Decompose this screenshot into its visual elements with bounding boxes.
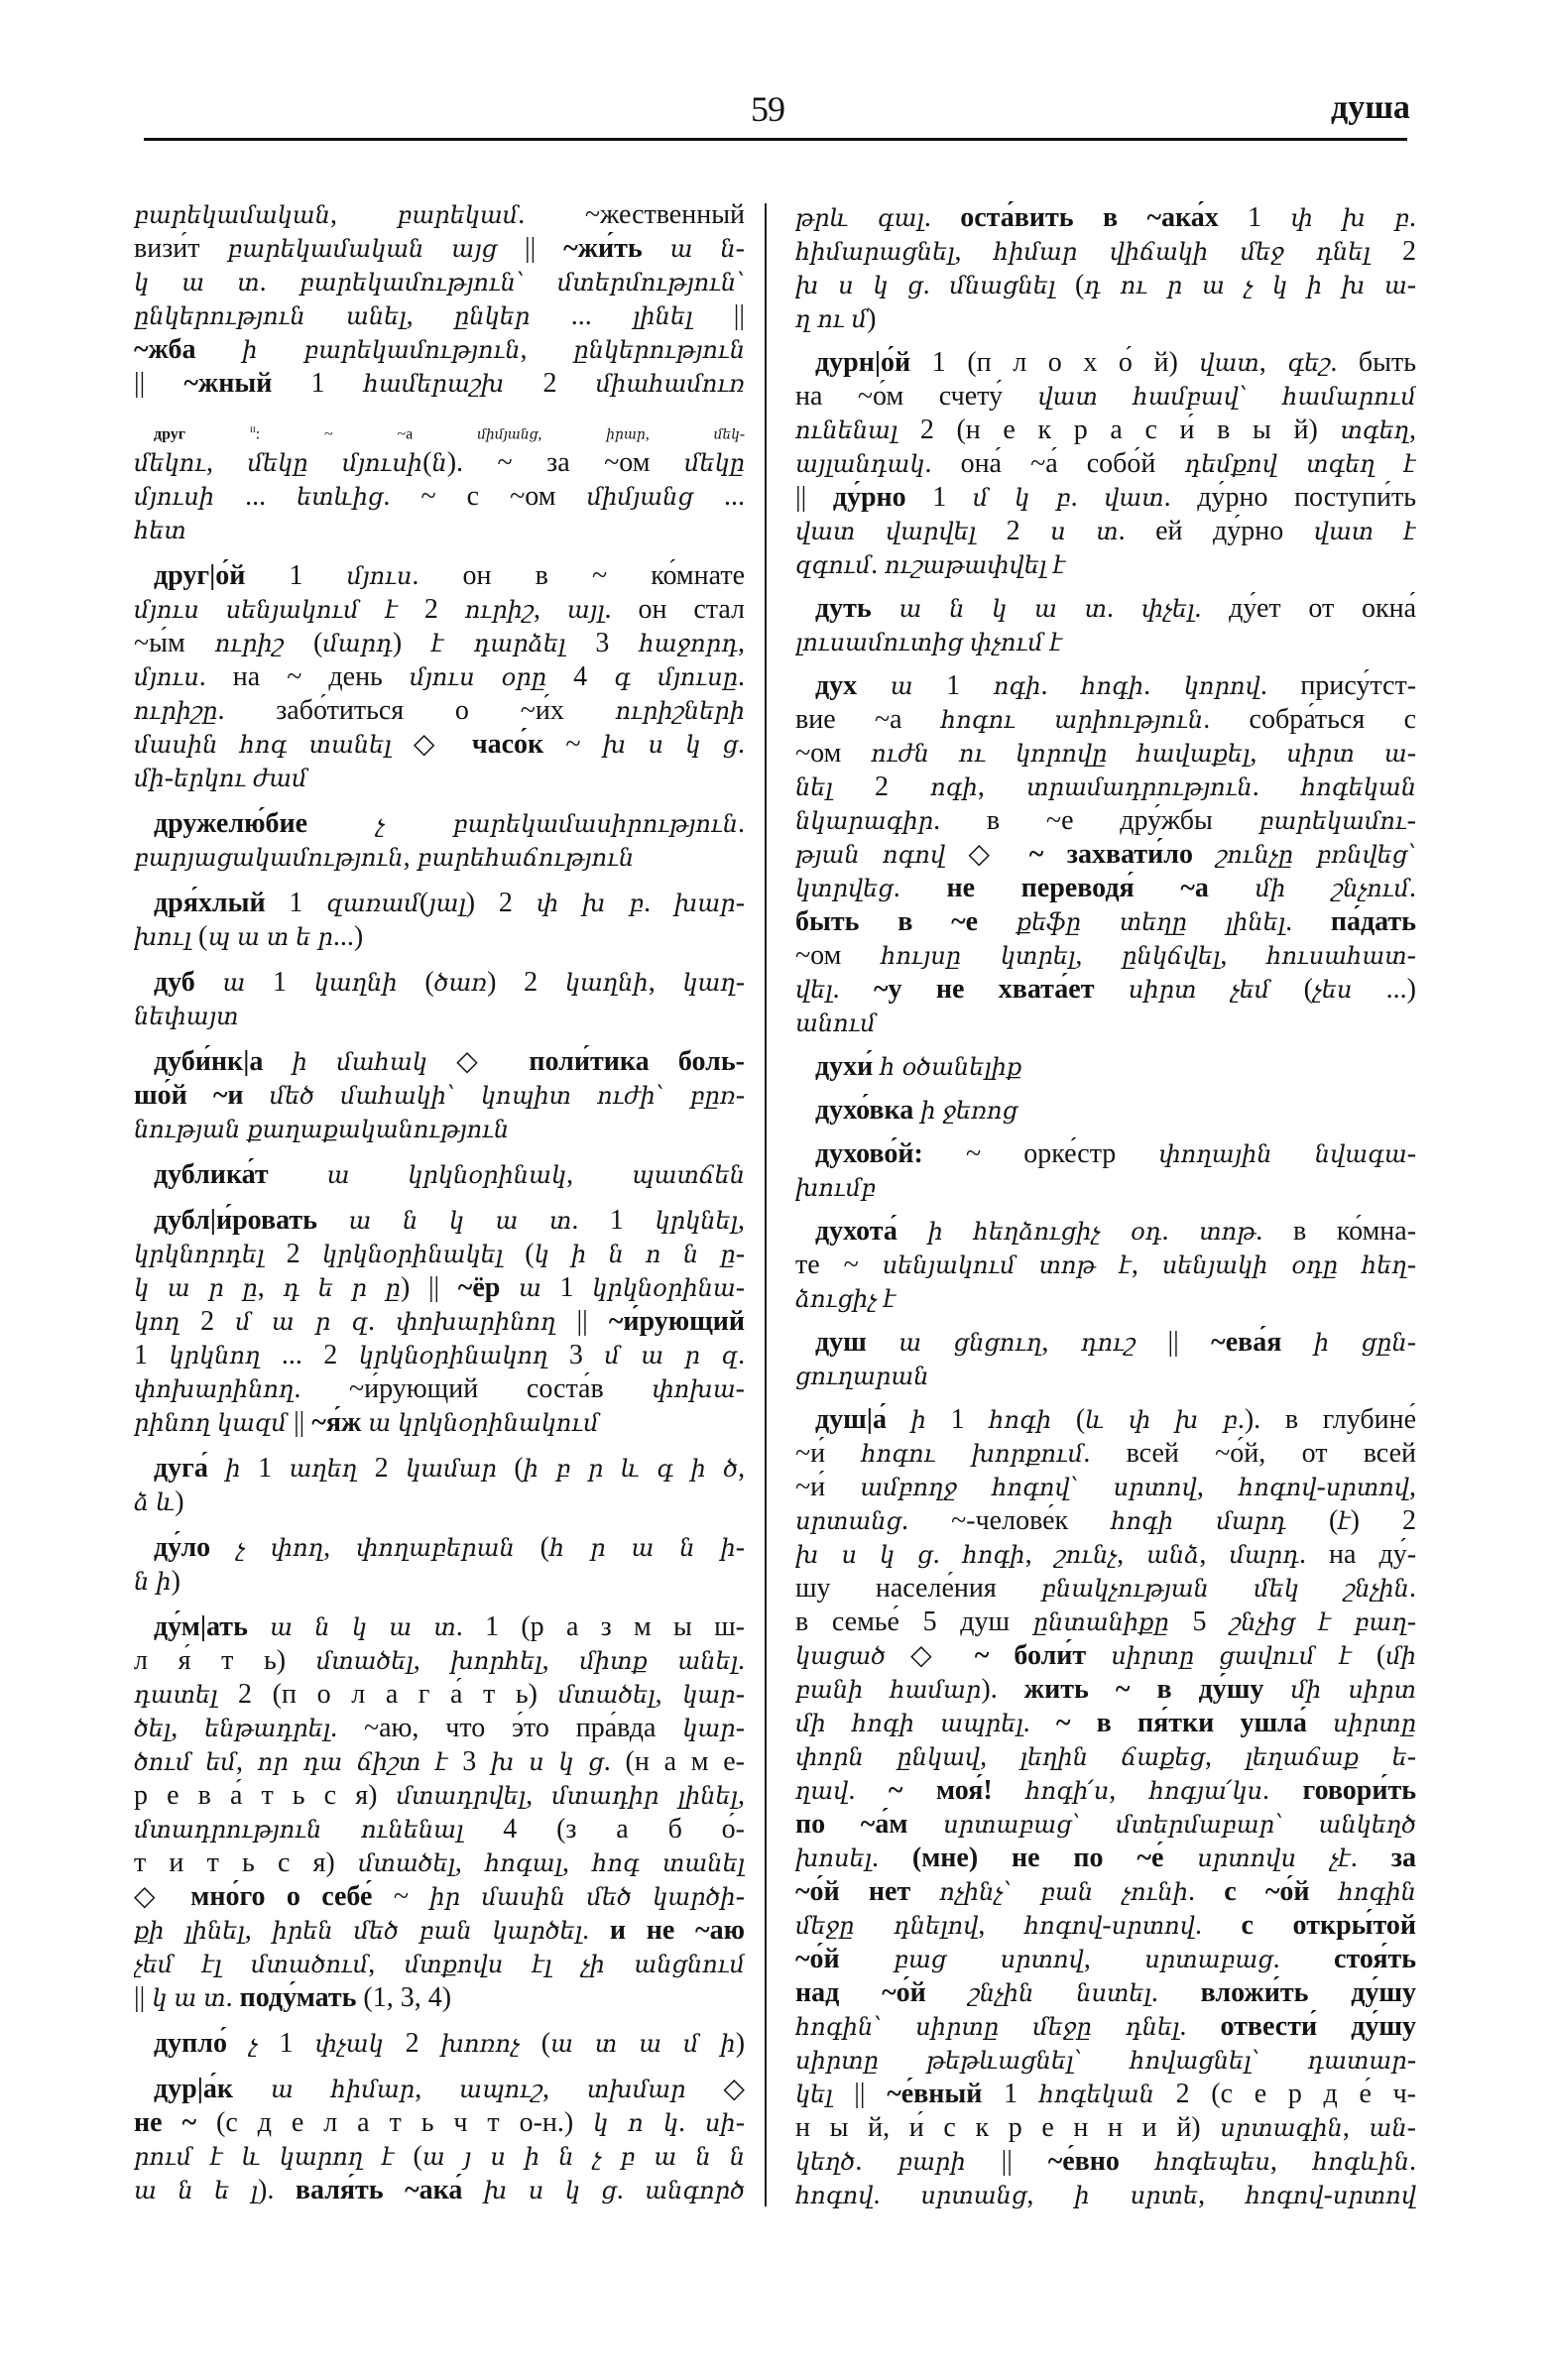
- russian-text: дур|а́к: [154, 2074, 233, 2104]
- russian-text: и не ~аю: [610, 1915, 745, 1946]
- russian-text: [964, 593, 992, 624]
- russian-text: [921, 593, 949, 624]
- dictionary-entry: дур|а́к ա հիմար, ապուշ, տխմար ◇не ~ (с д…: [134, 2073, 745, 2207]
- armenian-text: ամբողջ: [860, 1474, 957, 1501]
- bold-term: ~и́рующий: [609, 1306, 745, 1337]
- russian-text: [1313, 202, 1342, 233]
- russian-text: [936, 1095, 943, 1126]
- russian-text: [580, 2175, 601, 2205]
- russian-text: ,: [206, 447, 247, 478]
- armenian-text: անկեղծ: [1319, 1811, 1416, 1839]
- russian-text: ...): [1352, 974, 1416, 1005]
- russian-text: .: [1161, 1216, 1199, 1247]
- russian-text: [367, 1272, 386, 1303]
- armenian-text: ն: [134, 1568, 149, 1596]
- armenian-text: զգում: [795, 551, 871, 579]
- russian-text: .: [1143, 670, 1184, 701]
- russian-text: ,: [404, 842, 418, 873]
- entry-headword-line: ду́м|ать ա ն կ ա տ. 1 (р а з м ы ш-: [134, 1610, 745, 1644]
- armenian-text: ր: [588, 1455, 604, 1483]
- russian-text: 1: [272, 368, 363, 399]
- russian-text: шу населе́ния: [795, 1573, 1041, 1604]
- russian-text: [185, 426, 250, 443]
- russian-text: [988, 482, 1015, 513]
- entry-line: սրտանց. ~-челове́к հոգի մարդ (է) 2: [795, 1504, 1416, 1538]
- russian-text: [993, 1775, 1026, 1806]
- russian-text: [986, 738, 1016, 769]
- armenian-text: կար: [682, 1681, 735, 1709]
- armenian-text: խ: [484, 2177, 507, 2204]
- russian-text: .: [873, 2180, 920, 2210]
- armenian-text: նեփայտ: [134, 1003, 238, 1030]
- russian-text: ду́ло: [154, 1532, 210, 1563]
- russian-text: [1281, 1327, 1313, 1358]
- russian-text: [1208, 236, 1240, 267]
- russian-text: стоя́ть: [1334, 1944, 1416, 1974]
- armenian-text: է: [1404, 518, 1416, 545]
- armenian-text: ս: [529, 2177, 544, 2204]
- armenian-text: տանել: [662, 1849, 745, 1877]
- bold-term: духи́: [815, 1051, 873, 1082]
- entry-line: հետ: [134, 514, 745, 547]
- russian-text: . 1 (р а з м ы ш-: [456, 1611, 745, 1642]
- russian-text: [617, 2028, 639, 2059]
- entry-line: կտրվեց. не переводя́ ~а մի շնչում.: [795, 872, 1416, 905]
- russian-text: [1098, 381, 1134, 412]
- armenian-text: դ: [1084, 272, 1101, 299]
- russian-text: ,: [1205, 1741, 1246, 1772]
- armenian-text: ճաքեց: [1122, 1743, 1206, 1771]
- russian-text: .: [260, 267, 299, 297]
- armenian-text: տգեղ: [1306, 450, 1376, 478]
- armenian-text: փչել: [1141, 595, 1195, 623]
- russian-text: дружелю́бие: [154, 808, 307, 839]
- russian-text: [385, 808, 453, 839]
- armenian-text: սիրտը: [915, 2013, 999, 2041]
- armenian-text: կ: [685, 731, 700, 759]
- armenian-text: րինող: [134, 1409, 210, 1437]
- armenian-text: դարձել: [474, 630, 566, 657]
- armenian-text: չ: [376, 810, 385, 838]
- armenian-text: տ: [1096, 518, 1118, 545]
- russian-text: [1267, 1249, 1291, 1280]
- russian-text: жить ~ в ду́шу: [1024, 1674, 1264, 1705]
- russian-text: 1: [1219, 202, 1291, 233]
- armenian-text: սրտե: [1131, 2182, 1199, 2209]
- armenian-text: սենյակի: [1162, 1251, 1268, 1279]
- russian-text: [503, 1949, 532, 1979]
- entry-line: ուրիշը. забо́титься о ~и́х ուրիշների: [134, 694, 745, 728]
- armenian-text: բնակչության: [1041, 1575, 1209, 1603]
- russian-text: [943, 1216, 974, 1247]
- russian-text: [926, 1977, 969, 2008]
- russian-text: (: [1286, 1505, 1338, 1536]
- entry-line: ծել, ենթադրել. ~аю, что э́то пра́вда կար…: [134, 1712, 745, 1745]
- russian-text: духово́й:: [815, 1138, 923, 1169]
- russian-text: [269, 1159, 327, 1190]
- russian-text: .: [738, 808, 745, 839]
- russian-text: .: [1253, 772, 1301, 802]
- russian-text: [914, 1708, 940, 1738]
- russian-text: [1225, 270, 1245, 300]
- russian-text: 2: [179, 1306, 235, 1337]
- armenian-text: վատ: [1104, 484, 1163, 512]
- entry-line: բարեկամական, բարեկամ. ~жественный: [134, 198, 745, 232]
- armenian-text: ր: [1167, 272, 1183, 299]
- armenian-text: կ: [134, 269, 149, 297]
- russian-text: [544, 1746, 559, 1777]
- russian-text: .: [1262, 1775, 1303, 1806]
- armenian-text: մ: [604, 1342, 620, 1369]
- armenian-text: բան: [1040, 1878, 1093, 1906]
- entry-headword-line: друг II: ~ ~а միմյանց, իրար, մեկ-: [134, 413, 745, 446]
- armenian-text: կրկնել: [656, 1207, 739, 1235]
- russian-text: ,: [1117, 1539, 1146, 1570]
- russian-text: [999, 2011, 1032, 2042]
- entry-line: քի լինել, իրեն մեծ բան կարծել. и не ~аю: [134, 1914, 745, 1948]
- armenian-text: երկու: [174, 765, 246, 792]
- russian-text: (: [398, 967, 434, 998]
- russian-text: [317, 1205, 349, 1236]
- armenian-text: կել: [795, 2081, 833, 2108]
- russian-text: [193, 2175, 214, 2205]
- armenian-text: տ: [267, 923, 289, 951]
- entry-line: լուսամուտից փչում է: [795, 626, 1416, 659]
- russian-text: (: [1051, 1404, 1085, 1435]
- russian-text: (: [497, 1453, 524, 1484]
- russian-text: ,: [738, 1780, 745, 1811]
- russian-text: [620, 1340, 641, 1370]
- russian-text: ~е́вно: [1048, 2146, 1120, 2177]
- armenian-text: ընկերություն: [134, 302, 305, 330]
- armenian-text: վել: [795, 976, 833, 1004]
- dictionary-entry: друг|о́й 1 մյուս. он в ~ ко́мнатеմյուս ս…: [134, 559, 745, 795]
- armenian-text: փողաբերան: [356, 1534, 515, 1562]
- russian-text: ): [172, 1566, 180, 1597]
- russian-text: ~у не хвата́ет: [874, 974, 1094, 1005]
- entry-line: ~о́й нет ոչինչ՝ բան չունի. с ~о́й հոգին: [795, 1875, 1416, 1909]
- bold-term: друг: [154, 426, 185, 443]
- armenian-text: խ: [491, 1748, 514, 1776]
- russian-text: [227, 2028, 249, 2059]
- armenian-text: լեղաճաք: [1246, 1743, 1360, 1771]
- russian-text: [695, 1532, 721, 1563]
- russian-text: 1: [913, 670, 994, 701]
- russian-text: -: [1407, 2045, 1416, 2076]
- armenian-text: ն: [403, 1207, 418, 1235]
- armenian-text: խ: [582, 890, 605, 917]
- russian-text: (1, 3, 4): [356, 1982, 451, 2013]
- russian-text: л я́ т ь): [134, 1645, 316, 1676]
- russian-text: [855, 516, 886, 546]
- russian-text: ||: [795, 482, 833, 513]
- russian-text: ): [175, 1487, 183, 1517]
- entry-line: վել. ~у не хвата́ет սիրտ չեմ (չես ...): [795, 973, 1416, 1007]
- russian-text: [1163, 1843, 1197, 1873]
- armenian-text: կ: [535, 1241, 549, 1268]
- russian-text: (: [1055, 270, 1084, 300]
- russian-text: ~ом: [795, 940, 881, 971]
- armenian-text: լեղին: [1020, 1743, 1088, 1771]
- bold-term: дря́хлый: [154, 888, 266, 918]
- armenian-text: ն: [178, 2177, 192, 2204]
- bold-term: дупло́: [154, 2028, 227, 2059]
- russian-text: [1088, 1741, 1122, 1772]
- armenian-text: ն: [314, 1613, 329, 1641]
- armenian-text: և: [156, 1488, 175, 1516]
- russian-text: (: [520, 2028, 550, 2059]
- russian-text: [307, 1046, 336, 1077]
- russian-text: ,: [455, 1847, 485, 1878]
- russian-text: [1016, 704, 1054, 735]
- armenian-text: ա: [389, 1613, 412, 1641]
- armenian-text: բռնվեց՝: [1316, 841, 1416, 869]
- russian-text: -: [736, 233, 745, 264]
- armenian-text: այլանդակ: [795, 450, 924, 478]
- russian-text: . ду́ет от окна́: [1194, 593, 1416, 624]
- dictionary-entry: духота́ ի հեղձուցիչ օդ. տոթ. в ко́мна-те…: [795, 1215, 1416, 1316]
- russian-text: ~и́: [795, 1438, 861, 1469]
- russian-text: 1: [245, 967, 313, 998]
- armenian-text: որ: [258, 1748, 289, 1776]
- russian-text: оста́вить в ~ака́х: [960, 202, 1219, 233]
- russian-text: -: [1407, 1138, 1416, 1169]
- armenian-text: բ: [556, 1455, 571, 1483]
- entry-line: л я́ т ь) մտածել, խորհել, միտք անել.: [134, 1644, 745, 1678]
- dictionary-entry: ду́м|ать ա ն կ ա տ. 1 (р а з м ы ш-л я́ …: [134, 1610, 745, 2015]
- bold-term: быть в ~е: [795, 906, 978, 937]
- bold-term: поли́тика боль-: [529, 1046, 745, 1077]
- russian-text: ,: [415, 2074, 459, 2104]
- armenian-text: ա: [1384, 272, 1407, 299]
- armenian-text: ն: [608, 1241, 623, 1268]
- entry-line: || ~жный 1 համերաշխ 2 միահամուռ: [134, 367, 745, 401]
- armenian-text: ուրիշ: [465, 596, 534, 624]
- bold-term: ~ в пя́тки ушла́: [1056, 1708, 1307, 1738]
- armenian-text: ն: [558, 2143, 573, 2171]
- armenian-text: ս: [529, 1748, 544, 1776]
- entry-headword-line: ду́ло չ փող, փողաբերան (հ ր ա ն ի-: [134, 1531, 745, 1565]
- armenian-text: կ: [992, 595, 1007, 623]
- entry-line: ցուղարան: [795, 1360, 1416, 1393]
- armenian-text: հոգեկան: [1301, 773, 1416, 801]
- armenian-text: մեջ: [1241, 238, 1284, 266]
- russian-text: ~ орке́стр: [923, 1138, 1159, 1169]
- russian-text: [605, 888, 629, 918]
- armenian-text: ս: [841, 1541, 857, 1569]
- entry-line: մյուս. на ~ день մյուս օրը 4 գ մյուսը.: [134, 660, 745, 694]
- entry-line: шо́й ~и մեծ մահակի՝ կոպիտ ուժի՝ բըռ-: [134, 1079, 745, 1113]
- armenian-text: օրը: [502, 663, 547, 691]
- armenian-text: գալ: [878, 204, 924, 232]
- armenian-text: միտք: [579, 1647, 647, 1675]
- armenian-text: կ: [134, 1274, 149, 1302]
- russian-text: .: [1409, 1573, 1416, 1604]
- running-head: душа: [1331, 91, 1410, 125]
- armenian-text: մասին: [482, 1883, 565, 1911]
- armenian-text: լինել: [1226, 908, 1285, 936]
- entry-headword-line: дружелю́бие չ բարեկամասիրություն.: [134, 807, 745, 841]
- dictionary-page: 59 душа բարեկամական, բարեկամ. ~жественны…: [0, 0, 1555, 2380]
- armenian-text: տգեղ: [1340, 416, 1409, 444]
- armenian-text: ա: [1034, 595, 1057, 623]
- bold-term: по ~а́м: [795, 1809, 907, 1840]
- russian-text: .: [872, 1843, 912, 1873]
- bold-term: ~о́й: [795, 1944, 840, 1974]
- russian-text: .: [1285, 906, 1331, 937]
- russian-text: [1366, 202, 1394, 233]
- entry-line: ~ом հույսը կտրել, ընկճվել, հուսահատ-: [795, 939, 1416, 973]
- armenian-text: ա: [641, 1342, 663, 1369]
- armenian-text: ուրիշը: [134, 697, 217, 725]
- russian-text: -: [1407, 940, 1416, 971]
- dictionary-entry: дупло́ չ 1 փչակ 2 խոռոչ (ա տ ա մ ի): [134, 2027, 745, 2061]
- russian-text: 2: [357, 1453, 406, 1484]
- russian-text: [1090, 2180, 1131, 2210]
- entry-line: րինող կազմ || ~я́ж ա կրկնօրինակում: [134, 1406, 745, 1440]
- armenian-text: ր: [590, 1534, 606, 1562]
- armenian-text: ծում: [134, 1748, 191, 1776]
- russian-text: [978, 906, 1017, 937]
- russian-text: [1310, 1876, 1339, 1907]
- armenian-text: ունենալ: [795, 416, 897, 444]
- entry-headword-line: духота́ ի հեղձուցիչ օդ. տոթ. в ко́мна-: [795, 1215, 1416, 1249]
- russian-text: вие ~а: [795, 704, 941, 735]
- russian-text: [204, 267, 237, 297]
- russian-text: дух: [815, 670, 857, 701]
- armenian-text: նվագա: [1315, 1140, 1407, 1168]
- russian-text: [1107, 738, 1136, 769]
- armenian-text: անցնում: [634, 1951, 745, 1978]
- russian-text: [1078, 1472, 1113, 1502]
- russian-text: [418, 1205, 449, 1236]
- armenian-text: ա: [272, 1308, 295, 1336]
- armenian-text: մահակի՝: [340, 1082, 455, 1110]
- entry-headword-line: друг|о́й 1 մյուս. он в ~ ко́мнате: [134, 559, 745, 593]
- armenian-text: սրտով: [1333, 2182, 1416, 2209]
- russian-text: ) ||: [401, 1272, 458, 1303]
- armenian-text: կրկնող: [169, 1342, 260, 1369]
- armenian-text: մնացնել: [949, 272, 1055, 299]
- armenian-text: ն: [695, 2143, 710, 2171]
- entry-line: բանի համար). жить ~ в ду́шу մի սիրտ: [795, 1673, 1416, 1707]
- entry-line: н ы й, и́ с к р е н н и й) սրտագին, ան-: [795, 2111, 1416, 2145]
- armenian-text: կրկնորդել: [134, 1241, 264, 1268]
- armenian-text: դեմքով: [1185, 450, 1277, 478]
- russian-text: ◇: [886, 1640, 975, 1671]
- armenian-text: բարեկամ: [397, 201, 518, 229]
- russian-text: [1150, 1404, 1175, 1435]
- russian-text: [230, 921, 237, 952]
- russian-text: [1082, 2045, 1130, 2076]
- armenian-text: է: [382, 2143, 394, 2171]
- russian-text: душ: [815, 1327, 867, 1358]
- armenian-text: արիություն: [1054, 706, 1203, 734]
- armenian-text: դա: [303, 1748, 343, 1776]
- armenian-text: շունչը: [1216, 841, 1293, 869]
- bold-term: ~о́й нет: [795, 1876, 910, 1907]
- russian-text: 2: [504, 368, 595, 399]
- russian-text: ~: [372, 1881, 429, 1912]
- russian-text: ◇: [392, 729, 472, 760]
- armenian-text: ոգի: [930, 773, 978, 801]
- russian-text: . он стал: [605, 594, 745, 625]
- armenian-text: ի: [920, 1097, 935, 1125]
- armenian-text: ի: [720, 2030, 735, 2058]
- armenian-text: ընկավ: [897, 1743, 980, 1771]
- russian-text: [872, 593, 899, 624]
- russian-text: 1: [258, 2028, 315, 2059]
- russian-text: 2: [384, 2028, 441, 2059]
- russian-text: шо́й ~и: [134, 1080, 244, 1111]
- bold-term: друг|о́й: [154, 560, 245, 591]
- russian-text: -: [1407, 2112, 1416, 2143]
- armenian-text: խոսել: [795, 1844, 872, 1872]
- russian-text: часо́к: [472, 729, 543, 760]
- russian-text: [1100, 1216, 1131, 1247]
- russian-text: [1196, 974, 1230, 1005]
- russian-text: [888, 270, 907, 300]
- russian-text: [854, 270, 874, 300]
- armenian-text: կ: [352, 1613, 367, 1641]
- russian-text: ,: [542, 2074, 587, 2104]
- entry-line: 1 կրկնող ... 2 կրկնօրինակող 3 մ ա ր զ.: [134, 1339, 745, 1372]
- russian-text: .: [848, 1775, 889, 1806]
- armenian-text: պատճեն: [632, 1161, 745, 1189]
- russian-text: .: [617, 2175, 645, 2205]
- armenian-text: նստել: [1076, 1979, 1151, 2007]
- armenian-text: կ: [1015, 484, 1029, 512]
- russian-text: ,: [407, 300, 454, 331]
- russian-text: 2: [976, 516, 1050, 546]
- armenian-text: բարեկամասիրություն: [453, 810, 738, 838]
- armenian-text: ի: [524, 1455, 538, 1483]
- entry-line: խ ս կ ց. մնացնել (դ ու ր ա չ կ ի խ ա-: [795, 269, 1416, 302]
- russian-text: ). ~ за ~ом: [447, 447, 684, 478]
- russian-text: ду́м|ать: [154, 1611, 248, 1642]
- bold-term: ~е́вно: [1048, 2146, 1120, 2177]
- russian-text: ◇: [686, 2074, 745, 2104]
- bold-term: ~ёр: [458, 1272, 501, 1303]
- armenian-text: բ: [620, 2143, 635, 2171]
- entry-line: փոխարինող. ~и́рующий соста́в փոխա-: [134, 1372, 745, 1406]
- armenian-text: օդ: [1131, 1218, 1161, 1246]
- armenian-text: հոգով: [795, 2182, 873, 2209]
- russian-text: [573, 2028, 595, 2059]
- armenian-text: չի: [581, 1951, 605, 1978]
- entry-line: по ~а́м սրտաբաց՝ մտերմաբար՝ անկեղծ: [795, 1808, 1416, 1842]
- bold-term: ~ боли́т: [975, 1640, 1086, 1671]
- armenian-text: կ: [663, 2109, 678, 2137]
- armenian-text: հոգեպես: [1155, 2148, 1270, 2176]
- russian-text: [460, 1881, 481, 1912]
- russian-text: [826, 1708, 852, 1738]
- armenian-text: ն: [720, 235, 735, 263]
- armenian-text: ժամ: [253, 765, 307, 792]
- armenian-text: բարեկամություն՝: [299, 269, 525, 297]
- russian-text: [1283, 1809, 1319, 1840]
- russian-text: [644, 2107, 663, 2138]
- entry-line: ծում եմ, որ դա ճիշտ է 3 խ ս կ ց. (н а м …: [134, 1745, 745, 1779]
- armenian-text: քի: [134, 1917, 165, 1945]
- russian-text: -: [1407, 738, 1416, 769]
- russian-text: [1198, 1404, 1223, 1435]
- russian-text: [1277, 448, 1306, 479]
- entry-line: р е в а́ т ь с я) մտադրվել, մտադիր լինել…: [134, 1779, 745, 1813]
- dictionary-entry-continued: բարեկամական, բարեկամ. ~жественныйвизи́т …: [134, 198, 745, 401]
- armenian-text: կամար: [406, 1455, 497, 1483]
- russian-text: ~я́ж: [311, 1407, 361, 1438]
